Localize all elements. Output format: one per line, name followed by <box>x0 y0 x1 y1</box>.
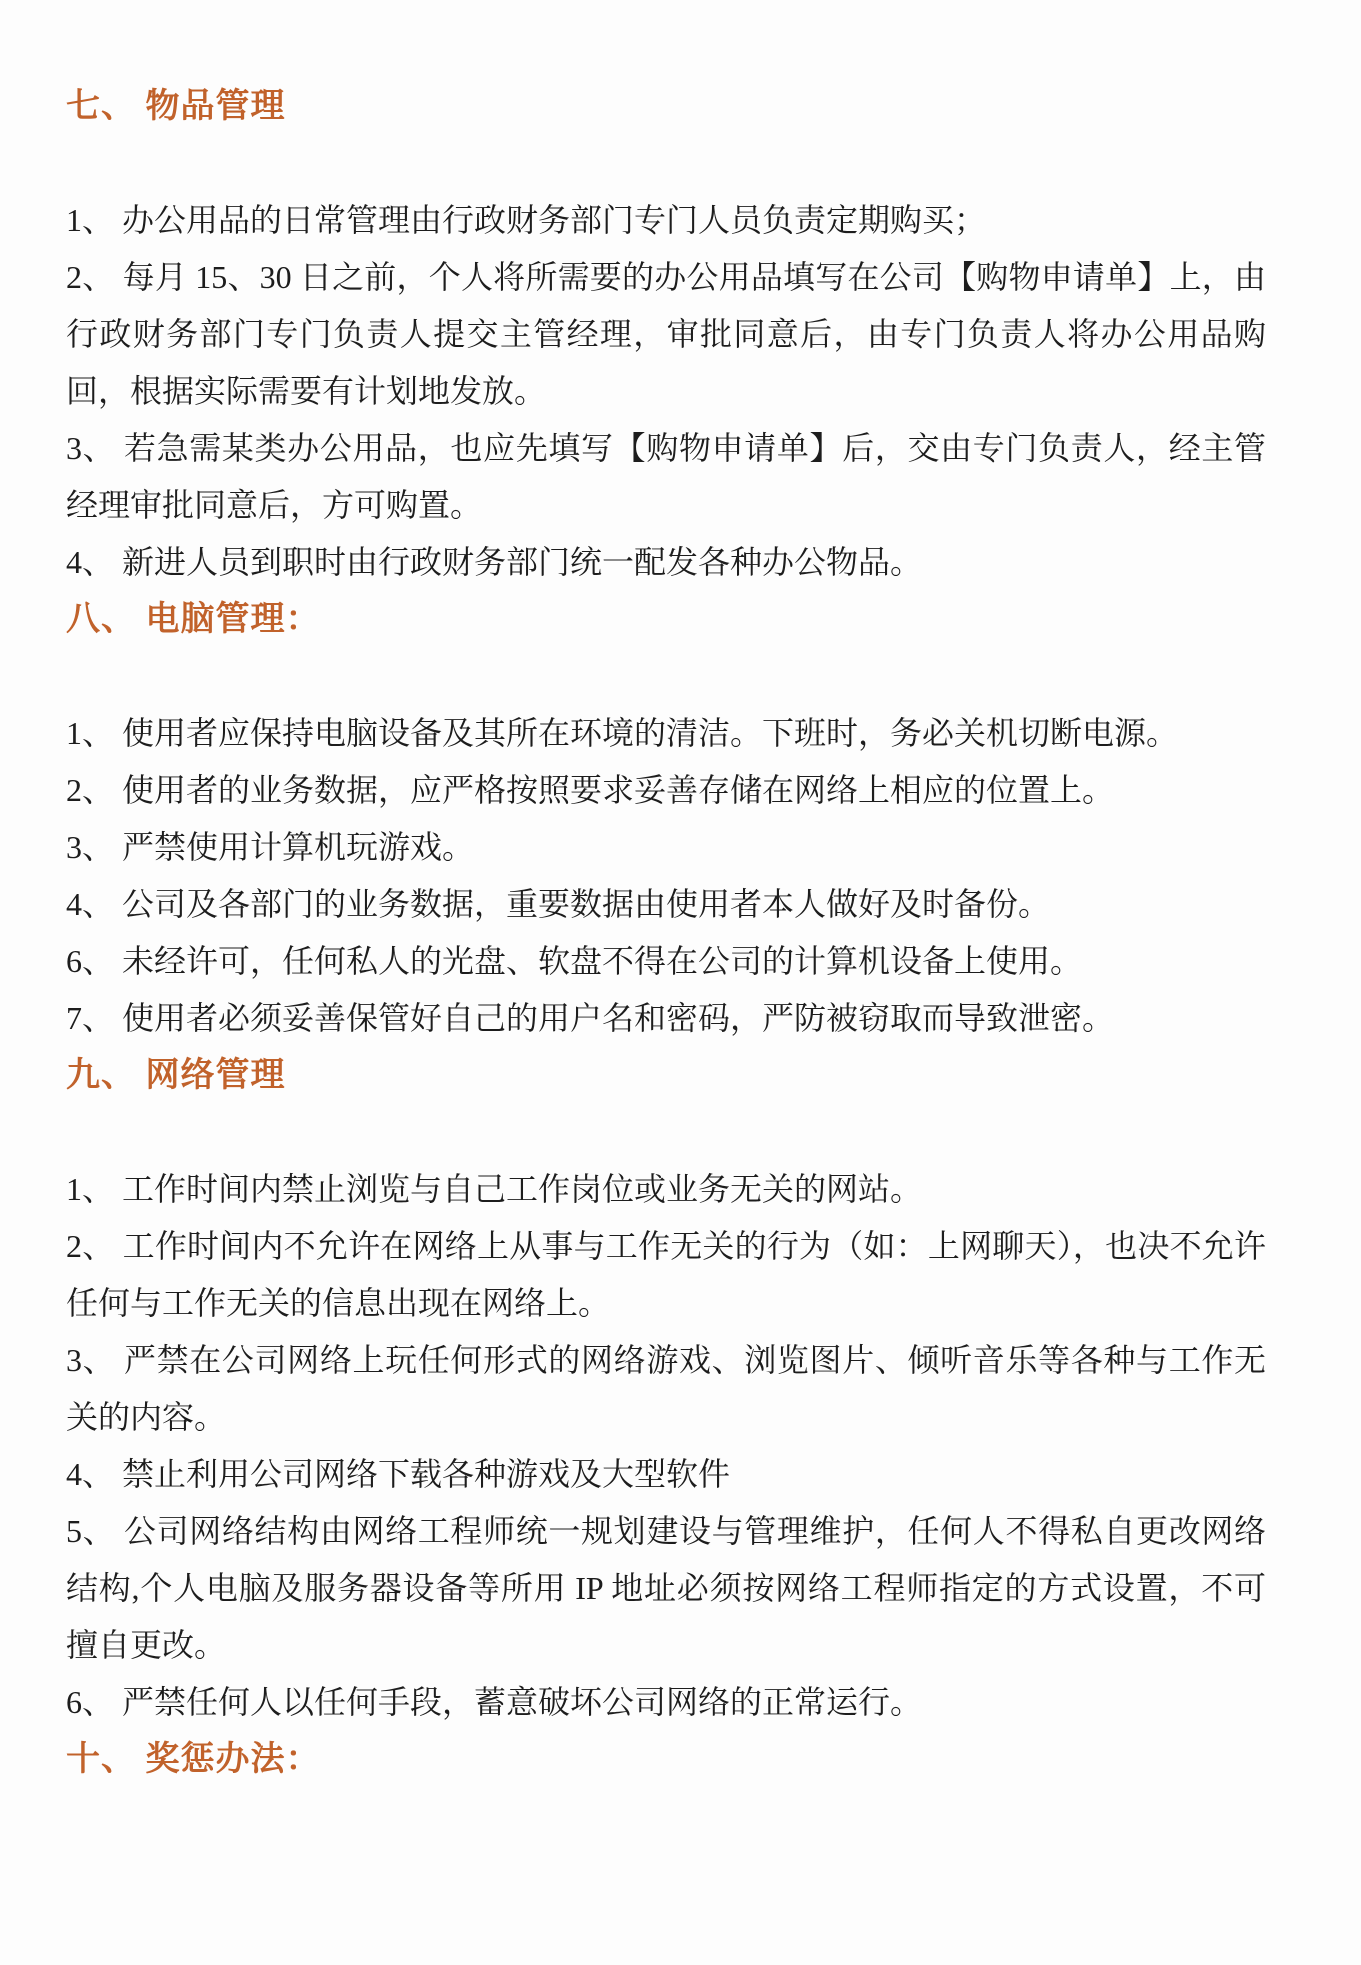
policy-item: 2、 每月 15、30 日之前，个人将所需要的办公用品填写在公司【购物申请单】上… <box>66 249 1266 420</box>
section-heading: 九、 网络管理 <box>66 1047 1266 1104</box>
section-heading: 十、 奖惩办法： <box>66 1731 1266 1788</box>
section-network-management: 九、 网络管理 1、 工作时间内禁止浏览与自己工作岗位或业务无关的网站。 2、 … <box>66 1047 1266 1731</box>
policy-item: 6、 严禁任何人以任何手段，蓄意破坏公司网络的正常运行。 <box>66 1674 1266 1731</box>
policy-item: 2、 使用者的业务数据，应严格按照要求妥善存储在网络上相应的位置上。 <box>66 762 1266 819</box>
section-reward-punishment: 十、 奖惩办法： <box>66 1731 1266 1788</box>
policy-item: 3、 若急需某类办公用品，也应先填写【购物申请单】后，交由专门负责人，经主管经理… <box>66 420 1266 534</box>
policy-item: 6、 未经许可，任何私人的光盘、软盘不得在公司的计算机设备上使用。 <box>66 933 1266 990</box>
policy-item: 2、 工作时间内不允许在网络上从事与工作无关的行为（如：上网聊天），也决不允许任… <box>66 1218 1266 1332</box>
section-items-management: 七、 物品管理 1、 办公用品的日常管理由行政财务部门专门人员负责定期购买； 2… <box>66 78 1266 591</box>
policy-item: 3、 严禁使用计算机玩游戏。 <box>66 819 1266 876</box>
policy-item: 1、 办公用品的日常管理由行政财务部门专门人员负责定期购买； <box>66 192 1266 249</box>
section-heading: 八、 电脑管理： <box>66 591 1266 648</box>
policy-item: 3、 严禁在公司网络上玩任何形式的网络游戏、浏览图片、倾听音乐等各种与工作无关的… <box>66 1332 1266 1446</box>
policy-item: 7、 使用者必须妥善保管好自己的用户名和密码，严防被窃取而导致泄密。 <box>66 990 1266 1047</box>
section-computer-management: 八、 电脑管理： 1、 使用者应保持电脑设备及其所在环境的清洁。下班时，务必关机… <box>66 591 1266 1047</box>
policy-item: 4、 禁止利用公司网络下载各种游戏及大型软件 <box>66 1446 1266 1503</box>
document-page: 七、 物品管理 1、 办公用品的日常管理由行政财务部门专门人员负责定期购买； 2… <box>0 0 1361 1965</box>
policy-item: 4、 公司及各部门的业务数据，重要数据由使用者本人做好及时备份。 <box>66 876 1266 933</box>
policy-item: 1、 工作时间内禁止浏览与自己工作岗位或业务无关的网站。 <box>66 1161 1266 1218</box>
section-heading: 七、 物品管理 <box>66 78 1266 135</box>
policy-item: 5、 公司网络结构由网络工程师统一规划建设与管理维护，任何人不得私自更改网络结构… <box>66 1503 1266 1674</box>
policy-item: 4、 新进人员到职时由行政财务部门统一配发各种办公物品。 <box>66 534 1266 591</box>
policy-item: 1、 使用者应保持电脑设备及其所在环境的清洁。下班时，务必关机切断电源。 <box>66 705 1266 762</box>
